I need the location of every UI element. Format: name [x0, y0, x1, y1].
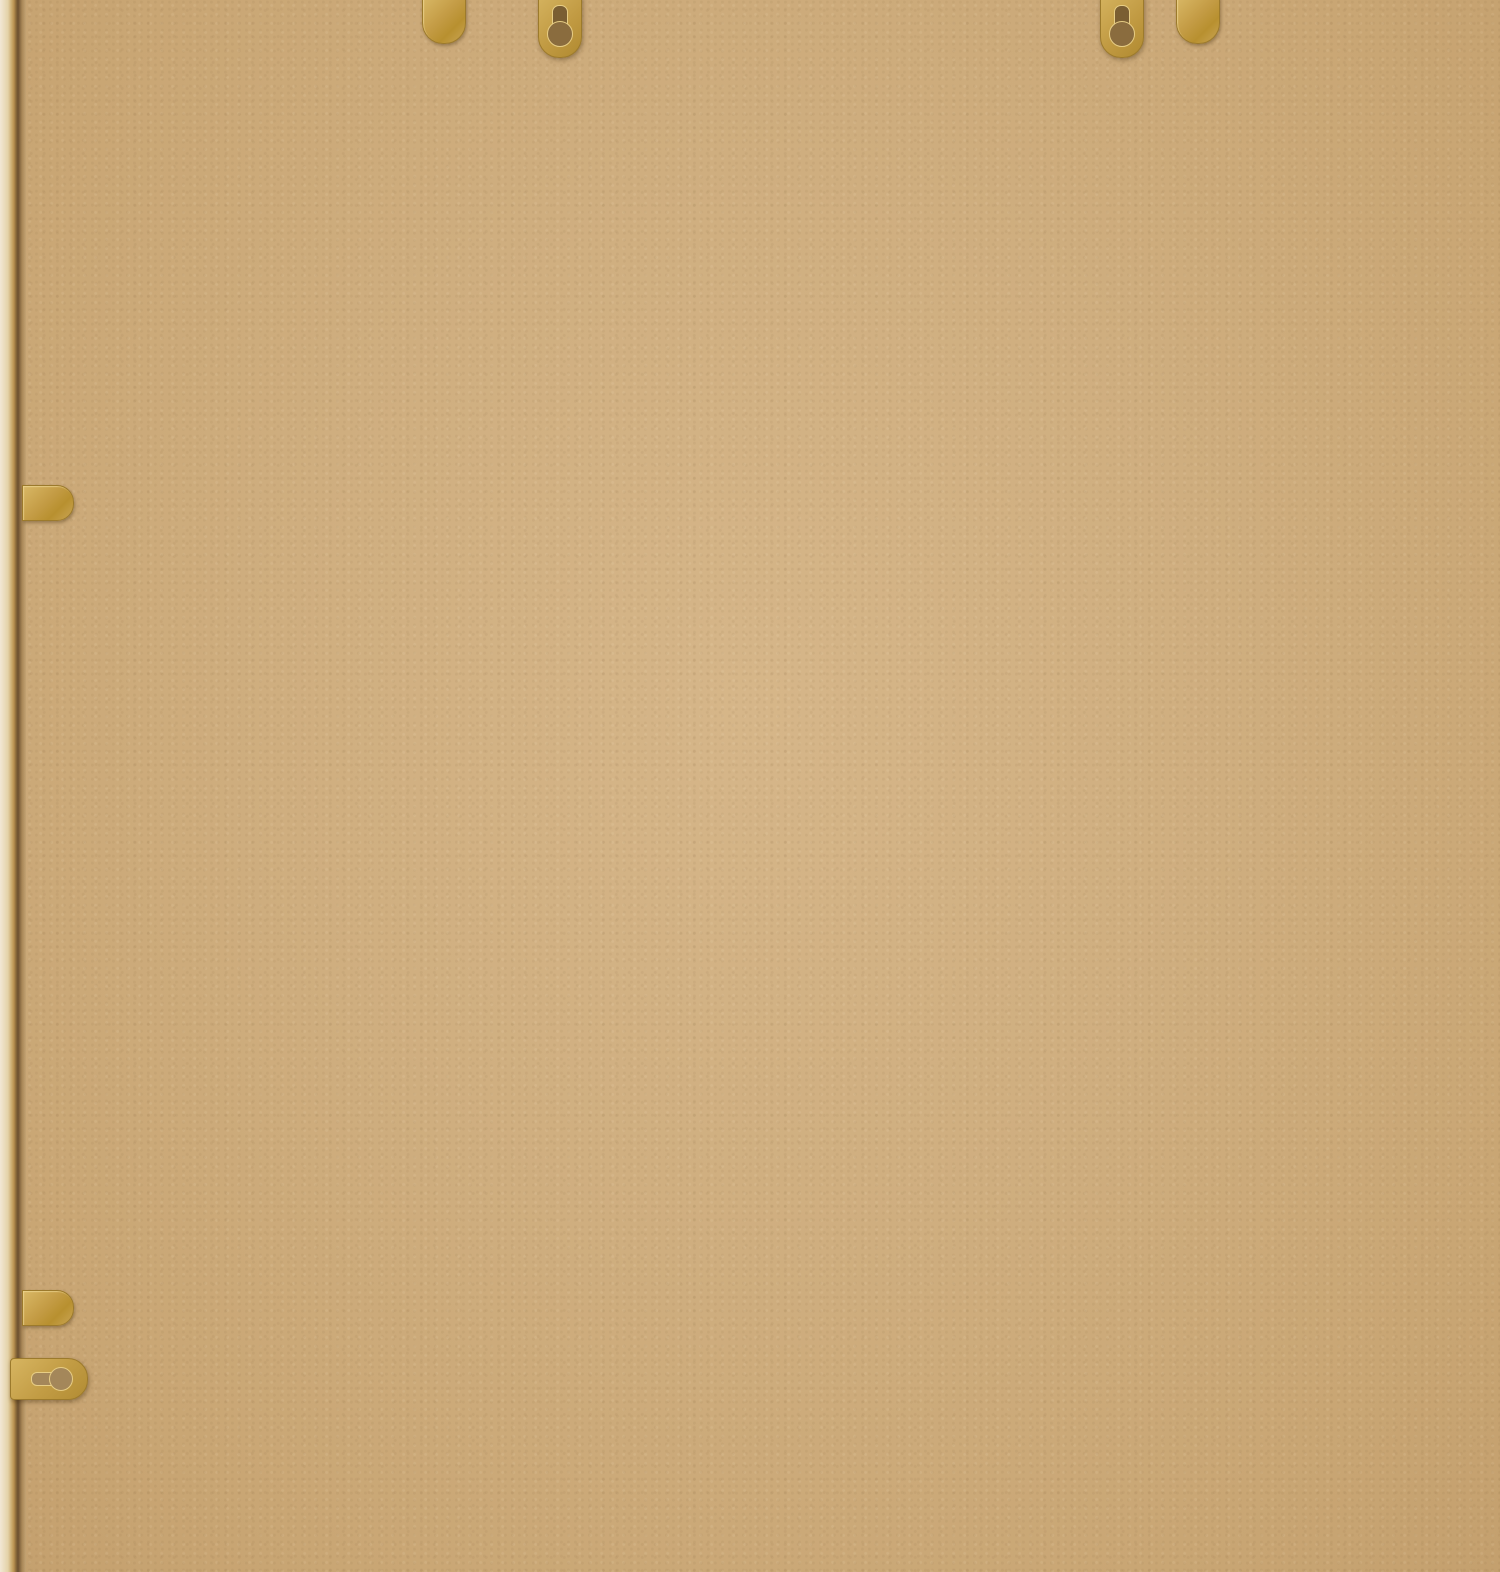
frame-edge — [0, 0, 26, 1572]
top-clip-right — [1176, 0, 1220, 44]
left-clip-upper — [22, 485, 74, 521]
keyhole-hole-icon — [49, 1367, 73, 1391]
left-clip-lower — [22, 1290, 74, 1326]
top-clip-left — [422, 0, 466, 44]
left-keyhole-hanger — [10, 1358, 88, 1400]
keyhole-hole-icon — [1109, 21, 1135, 47]
top-keyhole-hanger-right — [1100, 0, 1144, 58]
top-keyhole-hanger-left — [538, 0, 582, 58]
fiber-texture — [0, 0, 1500, 1572]
frame-backing-board — [0, 0, 1500, 1572]
keyhole-hole-icon — [547, 21, 573, 47]
